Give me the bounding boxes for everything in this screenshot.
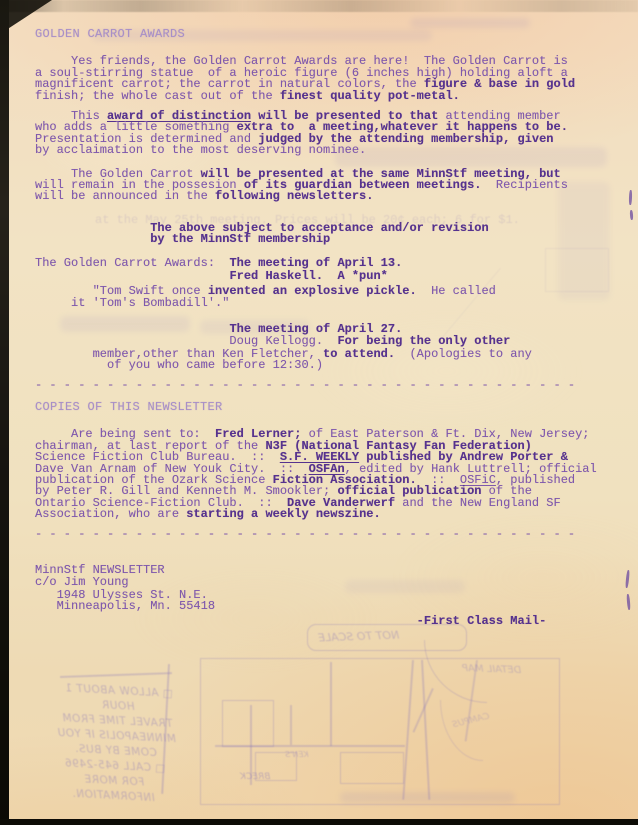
section-heading-copies: COPIES OF THIS NEWSLETTER — [35, 402, 638, 413]
text-segment: Fred Haskell. A *pun* — [229, 269, 387, 283]
text-segment: will be announced in the — [35, 189, 215, 203]
text-segment: finest quality pot-metal. — [280, 89, 460, 103]
text-segment: starting a weekly newszine. — [186, 507, 380, 521]
typed-line: by the MinnStf membership — [35, 234, 638, 245]
return-address: Minneapolis, Mn. 55418 — [35, 601, 638, 612]
text-segment: COPIES OF THIS NEWSLETTER — [35, 400, 223, 414]
text-segment: by acclaimation to the most deserving no… — [35, 143, 366, 157]
typed-line: of you who came before 12:30.) — [35, 360, 638, 371]
scan-edge-left — [0, 0, 9, 825]
first-class-mail: -First Class Mail- — [35, 616, 638, 627]
text-segment: by the MinnStf membership — [35, 232, 330, 246]
typed-text-layer: GOLDEN CARROT AWARDS Yes friends, the Go… — [35, 29, 638, 628]
pen-mark — [629, 190, 632, 205]
typed-line: it 'Tom's Bombadill'." — [35, 298, 638, 309]
text-segment: Minneapolis, Mn. 55418 — [35, 599, 215, 613]
text-segment: and the New England SF — [395, 496, 561, 510]
typed-line: will be announced in the following newsl… — [35, 191, 638, 202]
text-segment — [35, 614, 417, 628]
scanned-page: NOT TO SCALEDETAIL MAPBRECKKEN'SCAMPUS□ … — [0, 0, 638, 825]
text-segment: to attend. — [323, 347, 395, 361]
typed-line: finish; the whole cast out of the finest… — [35, 91, 638, 102]
text-segment: He called — [417, 284, 496, 298]
dashed-separator: - - - - - - - - - - - - - - - - - - - - … — [35, 529, 638, 540]
typed-line: Fred Haskell. A *pun* — [35, 271, 638, 282]
text-segment: finish; the whole cast out of the — [35, 89, 280, 103]
dashed-separator: - - - - - - - - - - - - - - - - - - - - … — [35, 380, 638, 391]
text-segment — [35, 269, 229, 283]
typed-line: by acclaimation to the most deserving no… — [35, 145, 638, 156]
text-segment: -First Class Mail- — [417, 614, 547, 628]
typed-line: Association, who are starting a weekly n… — [35, 509, 638, 520]
text-segment: (Apologies to any — [395, 347, 532, 361]
text-segment: - - - - - - - - - - - - - - - - - - - - … — [35, 527, 582, 541]
text-segment: Recipients — [481, 178, 567, 192]
text-segment: - - - - - - - - - - - - - - - - - - - - … — [35, 378, 582, 392]
section-heading-golden-carrot-awards: GOLDEN CARROT AWARDS — [35, 29, 638, 40]
text-segment: of you who came before 12:30.) — [35, 358, 323, 372]
text-segment: Association, who are — [35, 507, 186, 521]
scan-edge-top — [0, 0, 638, 12]
text-segment: it 'Tom's Bombadill'." — [35, 296, 229, 310]
scan-edge-bottom — [0, 819, 638, 825]
text-segment: GOLDEN CARROT AWARDS — [35, 27, 185, 41]
text-segment: following newsletters. — [215, 189, 373, 203]
text-segment: invented an explosive pickle. — [208, 284, 417, 298]
